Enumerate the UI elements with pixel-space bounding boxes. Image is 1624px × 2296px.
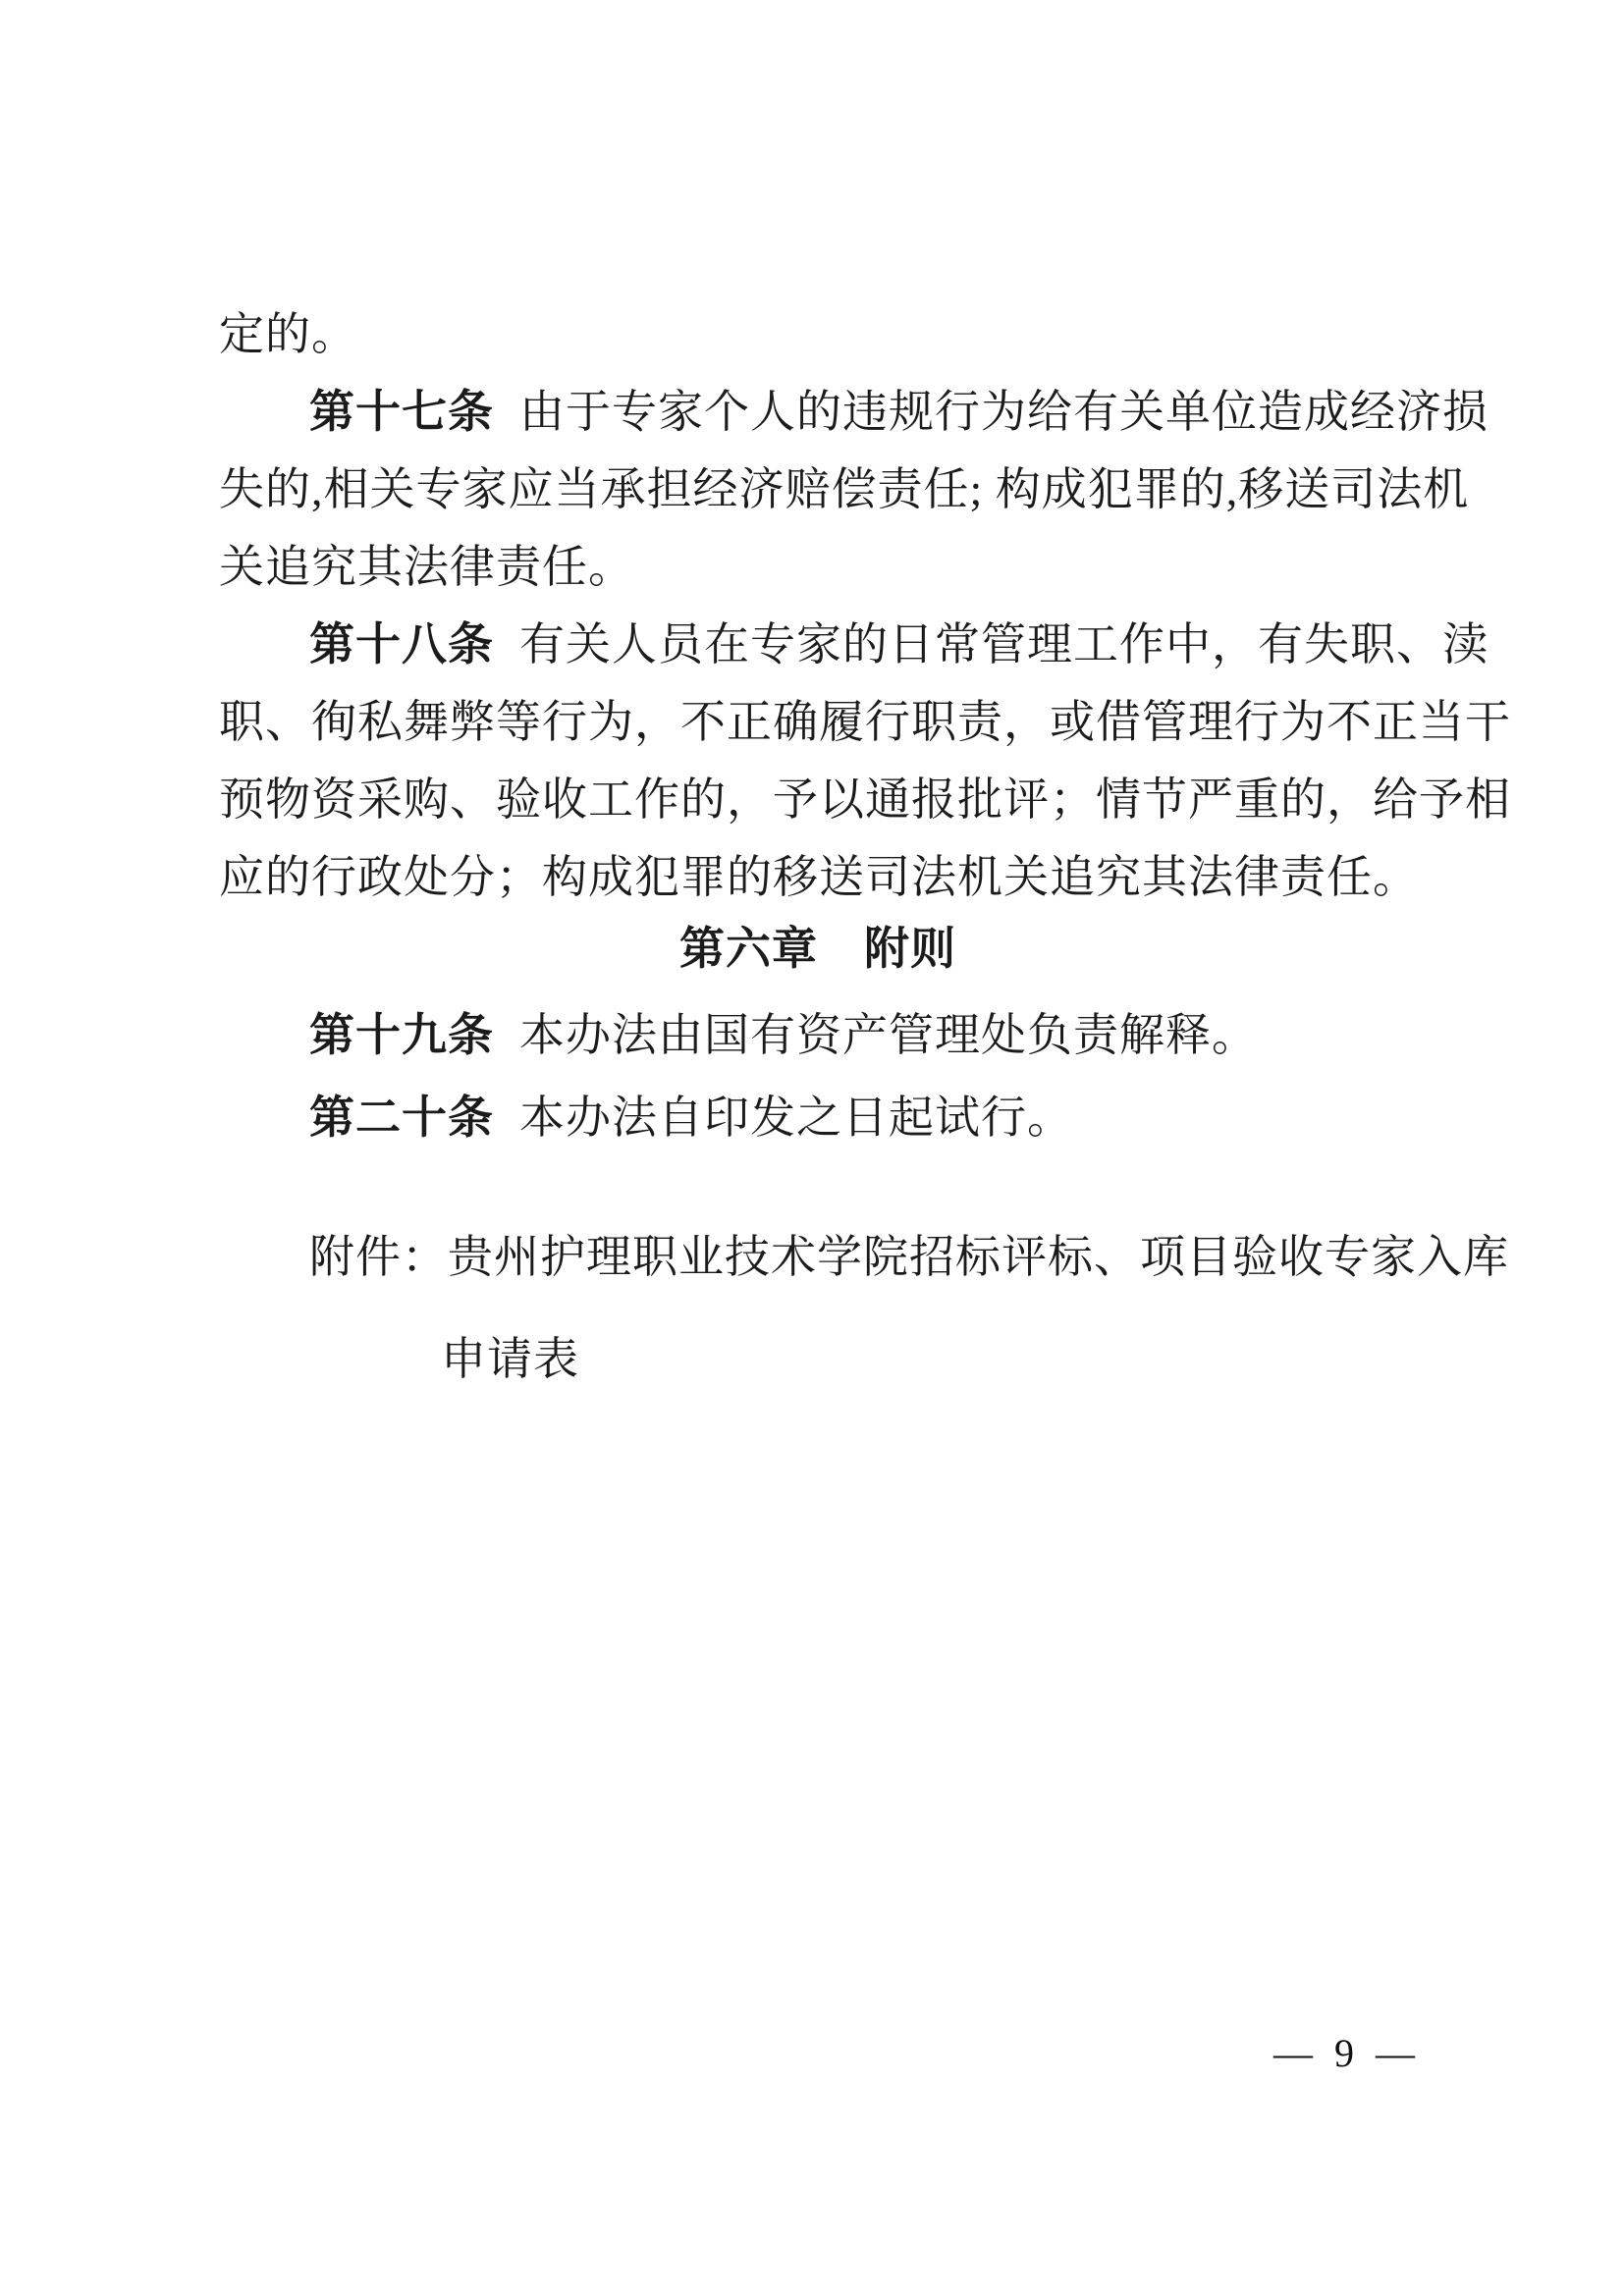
article-18-line-1: 第十八条有关人员在专家的日常管理工作中，有失职、渎 <box>309 619 1489 670</box>
article-19-number: 第十九条 <box>309 1010 494 1060</box>
document-page: 定的。 第十七条由于专家个人的违规行为给有关单位造成经济损 失的,相关专家应当承… <box>0 0 1624 2296</box>
article-19-line: 第十九条本办法由国有资产管理处负责解释。 <box>309 1010 1258 1061</box>
article-19-text: 本办法由国有资产管理处负责解释。 <box>519 1010 1258 1060</box>
article-17-line-2: 失的,相关专家应当承担经济赔偿责任; 构成犯罪的,移送司法机 <box>219 464 1469 515</box>
article-17-number: 第十七条 <box>309 387 494 437</box>
article-20-text: 本办法自印发之日起试行。 <box>519 1093 1073 1143</box>
article-17-line-3: 关追究其法律责任。 <box>219 542 634 593</box>
article-20-number: 第二十条 <box>309 1093 494 1143</box>
article-18-text: 有关人员在专家的日常管理工作中，有失职、渎 <box>519 619 1489 669</box>
attachment-line-1: 附件：贵州护理职业技术学院招标评标、项目验收专家入库 <box>309 1232 1509 1283</box>
article-20-line: 第二十条本办法自印发之日起试行。 <box>309 1093 1073 1144</box>
article-18-line-4: 应的行政处分；构成犯罪的移送司法机关追究其法律责任。 <box>219 852 1419 903</box>
article-17-line-1: 第十七条由于专家个人的违规行为给有关单位造成经济损 <box>309 387 1489 438</box>
article-17-text: 由于专家个人的违规行为给有关单位造成经济损 <box>519 387 1489 437</box>
chapter-heading: 第六章 附则 <box>219 924 1417 975</box>
article-18-number: 第十八条 <box>309 619 494 669</box>
page-number: — 9 — <box>1273 2034 1421 2073</box>
article-18-line-3: 预物资采购、验收工作的，予以通报批评；情节严重的，给予相 <box>219 774 1511 826</box>
attachment-line-2: 申请表 <box>441 1334 579 1385</box>
article-18-line-2: 职、徇私舞弊等行为，不正确履行职责，或借管理行为不正当干 <box>219 697 1511 748</box>
paragraph-end-line: 定的。 <box>219 309 357 360</box>
